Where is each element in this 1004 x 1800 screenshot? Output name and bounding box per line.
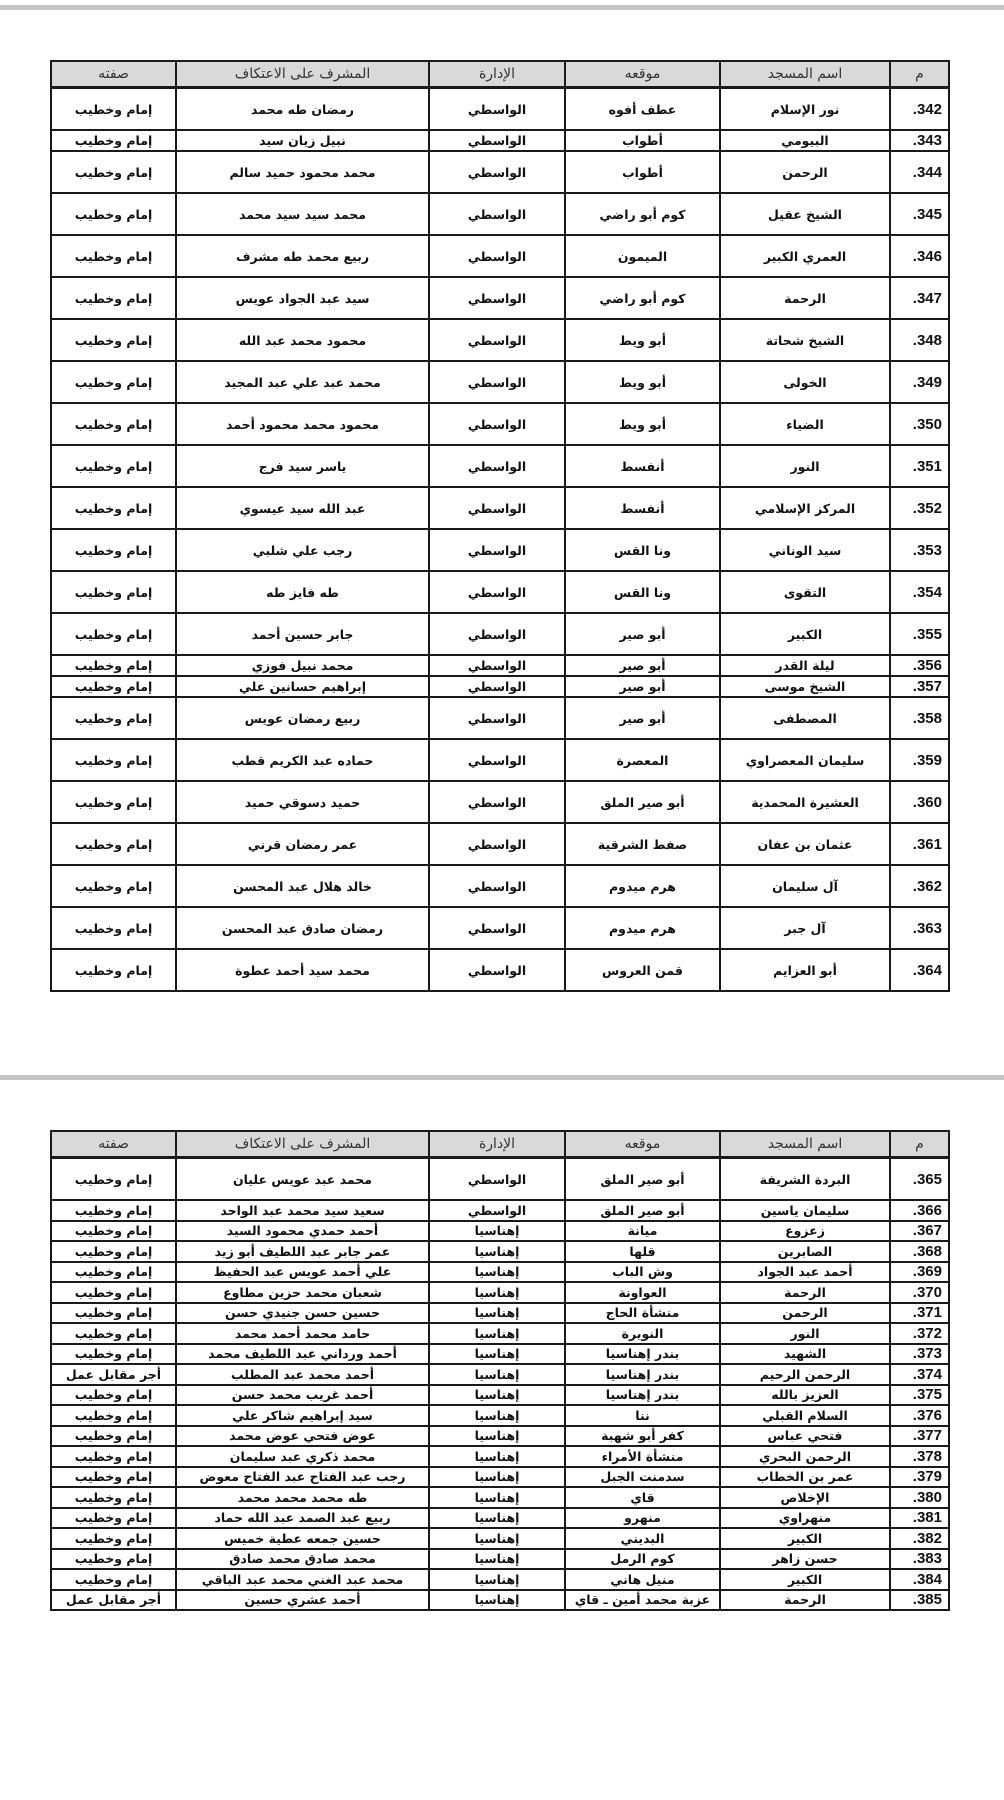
table-row: إمام وخطيبحامد محمد أحمد محمدإهناسياالنو… <box>51 1323 949 1344</box>
cell-supervisor: محمد صادق محمد صادق <box>176 1549 429 1570</box>
cell-administration: إهناسيا <box>429 1590 565 1611</box>
cell-mosque: الرحمة <box>720 1590 890 1611</box>
cell-administration: إهناسيا <box>429 1467 565 1488</box>
row-number: .362 <box>913 878 942 895</box>
cell-mosque: الشيخ شحاتة <box>720 319 890 361</box>
cell-role: إمام وخطيب <box>51 1405 176 1426</box>
cell-role: إمام وخطيب <box>51 1200 176 1221</box>
cell-supervisor: أحمد غريب محمد حسن <box>176 1385 429 1406</box>
row-number: .356 <box>913 657 942 674</box>
cell-num: .371 <box>890 1303 949 1324</box>
cell-role: إمام وخطيب <box>51 361 176 403</box>
cell-num: .380 <box>890 1487 949 1508</box>
cell-location: بندر إهناسيا <box>565 1364 720 1385</box>
cell-num: .352 <box>890 487 949 529</box>
cell-mosque: الكبير <box>720 1528 890 1549</box>
header-supervisor: المشرف على الاعتكاف <box>176 1131 429 1158</box>
table-row: إمام وخطيبسعيد سيد محمد عبد الواحدالواسط… <box>51 1200 949 1221</box>
row-number: .345 <box>913 206 942 223</box>
header-location: موقعه <box>565 61 720 88</box>
cell-location: أبو صير <box>565 676 720 697</box>
row-number: .367 <box>913 1222 942 1239</box>
row-number: .347 <box>913 290 942 307</box>
cell-administration: الواسطي <box>429 676 565 697</box>
cell-location: صفط الشرقية <box>565 823 720 865</box>
cell-role: إمام وخطيب <box>51 1528 176 1549</box>
table-row: إمام وخطيبسيد عبد الجواد عويسالواسطيكوم … <box>51 277 949 319</box>
cell-location: قلها <box>565 1241 720 1262</box>
cell-administration: الواسطي <box>429 571 565 613</box>
cell-supervisor: محمد عبد عويس عليان <box>176 1158 429 1201</box>
cell-num: .375 <box>890 1385 949 1406</box>
row-number: .366 <box>913 1202 942 1219</box>
cell-supervisor: جابر حسين أحمد <box>176 613 429 655</box>
cell-num: .383 <box>890 1549 949 1570</box>
cell-administration: الواسطي <box>429 655 565 676</box>
cell-supervisor: علي أحمد عويس عبد الحفيظ <box>176 1262 429 1283</box>
table-row: إمام وخطيبمحمد ذكري عبد سليمانإهناسيامنش… <box>51 1446 949 1467</box>
cell-mosque: الرحمة <box>720 1282 890 1303</box>
cell-num: .367 <box>890 1221 949 1242</box>
cell-mosque: الصابرين <box>720 1241 890 1262</box>
cell-supervisor: شعبان محمد حزين مطاوع <box>176 1282 429 1303</box>
cell-administration: إهناسيا <box>429 1241 565 1262</box>
cell-mosque: سيد الوناني <box>720 529 890 571</box>
cell-mosque: المصطفى <box>720 697 890 739</box>
cell-role: إمام وخطيب <box>51 949 176 991</box>
header-administration: الإدارة <box>429 61 565 88</box>
cell-num: .365 <box>890 1158 949 1201</box>
cell-administration: إهناسيا <box>429 1303 565 1324</box>
table-row: إمام وخطيبنبيل زيان سيدالواسطيأطوابالبيو… <box>51 130 949 151</box>
cell-role: إمام وخطيب <box>51 697 176 739</box>
cell-location: بندر إهناسيا <box>565 1385 720 1406</box>
table-row: إمام وخطيبرمضان صادق عبد المحسنالواسطيهر… <box>51 907 949 949</box>
table-row: إمام وخطيبحماده عبد الكريم قطبالواسطيالم… <box>51 739 949 781</box>
cell-supervisor: ربيع رمضان عويس <box>176 697 429 739</box>
table-row: إمام وخطيبعبد الله سيد عيسويالواسطيأنفسط… <box>51 487 949 529</box>
row-number: .342 <box>913 101 942 118</box>
cell-role: إمام وخطيب <box>51 529 176 571</box>
cell-location: قمن العروس <box>565 949 720 991</box>
row-number: .380 <box>913 1489 942 1506</box>
cell-role: إمام وخطيب <box>51 823 176 865</box>
cell-num: .354 <box>890 571 949 613</box>
cell-mosque: حسن زاهر <box>720 1549 890 1570</box>
cell-role: إمام وخطيب <box>51 1385 176 1406</box>
cell-mosque: الكبير <box>720 1569 890 1590</box>
table-header-row: صفته المشرف على الاعتكاف الإدارة موقعه ا… <box>51 1131 949 1158</box>
cell-num: .368 <box>890 1241 949 1262</box>
row-number: .357 <box>913 678 942 695</box>
row-number: .363 <box>913 920 942 937</box>
cell-mosque: النور <box>720 445 890 487</box>
cell-supervisor: أحمد ورداني عبد اللطيف محمد <box>176 1344 429 1365</box>
cell-num: .382 <box>890 1528 949 1549</box>
cell-num: .346 <box>890 235 949 277</box>
cell-administration: الواسطي <box>429 130 565 151</box>
cell-role: إمام وخطيب <box>51 1569 176 1590</box>
cell-mosque: ليلة القدر <box>720 655 890 676</box>
cell-role: إمام وخطيب <box>51 1487 176 1508</box>
row-number: .376 <box>913 1407 942 1424</box>
cell-administration: إهناسيا <box>429 1528 565 1549</box>
cell-role: إمام وخطيب <box>51 781 176 823</box>
cell-mosque: الشيخ موسى <box>720 676 890 697</box>
table-row: أجر مقابل عملأحمد محمد عبد المطلبإهناسيا… <box>51 1364 949 1385</box>
cell-supervisor: طه فايز طه <box>176 571 429 613</box>
cell-num: .385 <box>890 1590 949 1611</box>
table-row: إمام وخطيبحسين جمعه عطية خميسإهناسياالبد… <box>51 1528 949 1549</box>
cell-supervisor: عمر رمضان قرني <box>176 823 429 865</box>
cell-mosque: عثمان بن عفان <box>720 823 890 865</box>
cell-location: هرم ميدوم <box>565 907 720 949</box>
cell-role: إمام وخطيب <box>51 1426 176 1447</box>
cell-location: هرم ميدوم <box>565 865 720 907</box>
table-row: إمام وخطيبياسر سيد فرجالواسطيأنفسطالنور.… <box>51 445 949 487</box>
header-role: صفته <box>51 1131 176 1158</box>
cell-mosque: البردة الشريفة <box>720 1158 890 1201</box>
cell-num: .355 <box>890 613 949 655</box>
cell-mosque: الرحمن البحري <box>720 1446 890 1467</box>
cell-mosque: عمر بن الخطاب <box>720 1467 890 1488</box>
cell-location: المعصرة <box>565 739 720 781</box>
cell-supervisor: سيد عبد الجواد عويس <box>176 277 429 319</box>
row-number: .350 <box>913 416 942 433</box>
cell-administration: إهناسيا <box>429 1446 565 1467</box>
cell-location: أبو صير الملق <box>565 1200 720 1221</box>
cell-supervisor: سعيد سيد محمد عبد الواحد <box>176 1200 429 1221</box>
cell-role: إمام وخطيب <box>51 865 176 907</box>
cell-administration: الواسطي <box>429 781 565 823</box>
cell-role: إمام وخطيب <box>51 403 176 445</box>
cell-location: الميمون <box>565 235 720 277</box>
table-row: إمام وخطيبطه فايز طهالواسطيونا القسالتقو… <box>51 571 949 613</box>
cell-num: .374 <box>890 1364 949 1385</box>
cell-role: إمام وخطيب <box>51 1158 176 1201</box>
cell-administration: الواسطي <box>429 319 565 361</box>
cell-administration: إهناسيا <box>429 1487 565 1508</box>
cell-mosque: الشهيد <box>720 1344 890 1365</box>
cell-role: إمام وخطيب <box>51 1282 176 1303</box>
cell-mosque: نور الإسلام <box>720 88 890 131</box>
cell-administration: إهناسيا <box>429 1549 565 1570</box>
row-number: .364 <box>913 962 942 979</box>
cell-role: إمام وخطيب <box>51 487 176 529</box>
cell-num: .361 <box>890 823 949 865</box>
cell-supervisor: محمد نبيل فوزي <box>176 655 429 676</box>
cell-administration: إهناسيا <box>429 1426 565 1447</box>
cell-location: كوم أبو راضي <box>565 193 720 235</box>
cell-role: إمام وخطيب <box>51 655 176 676</box>
cell-mosque: آل سليمان <box>720 865 890 907</box>
cell-num: .351 <box>890 445 949 487</box>
cell-location: عزبة محمد أمين ـ قاي <box>565 1590 720 1611</box>
page-divider <box>0 1075 1004 1080</box>
row-number: .349 <box>913 374 942 391</box>
cell-supervisor: محمد عبد علي عبد المجيد <box>176 361 429 403</box>
cell-role: إمام وخطيب <box>51 1344 176 1365</box>
table-row: إمام وخطيبمحمود محمد عبد اللهالواسطيأبو … <box>51 319 949 361</box>
cell-supervisor: خالد هلال عبد المحسن <box>176 865 429 907</box>
cell-location: سدمنت الجبل <box>565 1467 720 1488</box>
cell-mosque: المركز الإسلامي <box>720 487 890 529</box>
cell-location: أبو صير <box>565 697 720 739</box>
cell-supervisor: محمد محمود حميد سالم <box>176 151 429 193</box>
row-number: .358 <box>913 710 942 727</box>
cell-mosque: الرحمة <box>720 277 890 319</box>
cell-num: .366 <box>890 1200 949 1221</box>
row-number: .359 <box>913 752 942 769</box>
cell-supervisor: رمضان صادق عبد المحسن <box>176 907 429 949</box>
cell-num: .378 <box>890 1446 949 1467</box>
table-row: إمام وخطيبرجب علي شلبيالواسطيونا القسسيد… <box>51 529 949 571</box>
table-row: إمام وخطيبرمضان طه محمدالواسطيعطف أفوهنو… <box>51 88 949 131</box>
cell-location: كوم الرمل <box>565 1549 720 1570</box>
cell-num: .376 <box>890 1405 949 1426</box>
table-row: إمام وخطيبأحمد غريب محمد حسنإهناسيابندر … <box>51 1385 949 1406</box>
row-number: .382 <box>913 1530 942 1547</box>
cell-location: منشأة الحاج <box>565 1303 720 1324</box>
row-number: .348 <box>913 332 942 349</box>
table-body: إمام وخطيبمحمد عبد عويس عليانالواسطيأبو … <box>51 1158 949 1611</box>
cell-location: العواونة <box>565 1282 720 1303</box>
table-row: إمام وخطيبمحمد عبد عويس عليانالواسطيأبو … <box>51 1158 949 1201</box>
cell-num: .344 <box>890 151 949 193</box>
cell-administration: إهناسيا <box>429 1405 565 1426</box>
cell-location: أبو ويط <box>565 403 720 445</box>
cell-administration: الواسطي <box>429 823 565 865</box>
row-number: .379 <box>913 1468 942 1485</box>
cell-supervisor: محمود محمد محمود أحمد <box>176 403 429 445</box>
cell-num: .373 <box>890 1344 949 1365</box>
cell-num: .363 <box>890 907 949 949</box>
cell-num: .359 <box>890 739 949 781</box>
header-location: موقعه <box>565 1131 720 1158</box>
cell-mosque: أبو العزايم <box>720 949 890 991</box>
cell-mosque: البيومي <box>720 130 890 151</box>
table-row: إمام وخطيبعمر جابر عبد اللطيف أبو زيدإهن… <box>51 1241 949 1262</box>
cell-num: .342 <box>890 88 949 131</box>
cell-role: إمام وخطيب <box>51 613 176 655</box>
cell-num: .360 <box>890 781 949 823</box>
cell-num: .364 <box>890 949 949 991</box>
cell-location: عطف أفوه <box>565 88 720 131</box>
row-number: .368 <box>913 1243 942 1260</box>
table-row: إمام وخطيبمحمد محمود حميد سالمالواسطيأطو… <box>51 151 949 193</box>
cell-location: أبو صير الملق <box>565 1158 720 1201</box>
cell-role: إمام وخطيب <box>51 193 176 235</box>
table-row: إمام وخطيبرجب عبد الفتاح عبد الفتاح معوض… <box>51 1467 949 1488</box>
row-number: .354 <box>913 584 942 601</box>
row-number: .344 <box>913 164 942 181</box>
cell-mosque: الكبير <box>720 613 890 655</box>
cell-supervisor: محمد ذكري عبد سليمان <box>176 1446 429 1467</box>
cell-mosque: الشيخ عقيل <box>720 193 890 235</box>
cell-num: .377 <box>890 1426 949 1447</box>
row-number: .346 <box>913 248 942 265</box>
cell-mosque: سليمان المعصراوي <box>720 739 890 781</box>
header-mosque: اسم المسجد <box>720 1131 890 1158</box>
cell-role: أجر مقابل عمل <box>51 1590 176 1611</box>
cell-supervisor: محمود محمد عبد الله <box>176 319 429 361</box>
cell-administration: إهناسيا <box>429 1221 565 1242</box>
row-number: .378 <box>913 1448 942 1465</box>
cell-supervisor: حماده عبد الكريم قطب <box>176 739 429 781</box>
table-row: إمام وخطيبعلي أحمد عويس عبد الحفيظإهناسي… <box>51 1262 949 1283</box>
cell-administration: الواسطي <box>429 1200 565 1221</box>
cell-role: إمام وخطيب <box>51 1262 176 1283</box>
cell-role: إمام وخطيب <box>51 1467 176 1488</box>
header-supervisor: المشرف على الاعتكاف <box>176 61 429 88</box>
cell-mosque: السلام القبلي <box>720 1405 890 1426</box>
cell-supervisor: عمر جابر عبد اللطيف أبو زيد <box>176 1241 429 1262</box>
cell-administration: الواسطي <box>429 697 565 739</box>
cell-role: إمام وخطيب <box>51 1323 176 1344</box>
cell-mosque: التقوى <box>720 571 890 613</box>
cell-num: .370 <box>890 1282 949 1303</box>
cell-num: .362 <box>890 865 949 907</box>
table-row: إمام وخطيبإبراهيم حسانين عليالواسطيأبو ص… <box>51 676 949 697</box>
cell-supervisor: رجب عبد الفتاح عبد الفتاح معوض <box>176 1467 429 1488</box>
row-number: .371 <box>913 1304 942 1321</box>
row-number: .381 <box>913 1509 942 1526</box>
cell-supervisor: نبيل زيان سيد <box>176 130 429 151</box>
cell-role: إمام وخطيب <box>51 235 176 277</box>
table-row: إمام وخطيبمحمد سيد سيد محمدالواسطيكوم أب… <box>51 193 949 235</box>
top-divider <box>0 5 1004 10</box>
table-row: إمام وخطيبمحمد عبد الغني محمد عبد الباقي… <box>51 1569 949 1590</box>
cell-supervisor: رمضان طه محمد <box>176 88 429 131</box>
cell-mosque: الرحمن <box>720 151 890 193</box>
cell-supervisor: محمد سيد سيد محمد <box>176 193 429 235</box>
mosque-table-1: صفته المشرف على الاعتكاف الإدارة موقعه ا… <box>50 60 950 992</box>
cell-supervisor: ربيع محمد طه مشرف <box>176 235 429 277</box>
cell-role: أجر مقابل عمل <box>51 1364 176 1385</box>
header-role: صفته <box>51 61 176 88</box>
cell-administration: إهناسيا <box>429 1323 565 1344</box>
cell-role: إمام وخطيب <box>51 739 176 781</box>
table-row: إمام وخطيبمحمد نبيل فوزيالواسطيأبو صيرلي… <box>51 655 949 676</box>
cell-num: .369 <box>890 1262 949 1283</box>
table-row: إمام وخطيبطه محمد محمد محمدإهناسياقايالإ… <box>51 1487 949 1508</box>
row-number: .353 <box>913 542 942 559</box>
cell-location: ميانة <box>565 1221 720 1242</box>
row-number: .372 <box>913 1325 942 1342</box>
table-row: إمام وخطيبمحمد صادق محمد صادقإهناسياكوم … <box>51 1549 949 1570</box>
cell-administration: الواسطي <box>429 739 565 781</box>
cell-mosque: منهراوي <box>720 1508 890 1529</box>
table-row: إمام وخطيبجابر حسين أحمدالواسطيأبو صيرال… <box>51 613 949 655</box>
cell-location: كفر أبو شهبة <box>565 1426 720 1447</box>
cell-location: أبو صير <box>565 613 720 655</box>
cell-num: .347 <box>890 277 949 319</box>
row-number: .385 <box>913 1591 942 1608</box>
cell-role: إمام وخطيب <box>51 130 176 151</box>
table-row: إمام وخطيبشعبان محمد حزين مطاوعإهناسياال… <box>51 1282 949 1303</box>
header-mosque: اسم المسجد <box>720 61 890 88</box>
cell-location: أبو ويط <box>565 319 720 361</box>
cell-mosque: الرحمن الرحيم <box>720 1364 890 1385</box>
cell-supervisor: حسين حسن جنيدي حسن <box>176 1303 429 1324</box>
cell-administration: إهناسيا <box>429 1262 565 1283</box>
row-number: .343 <box>913 132 942 149</box>
row-number: .352 <box>913 500 942 517</box>
cell-administration: الواسطي <box>429 235 565 277</box>
cell-mosque: زعزوع <box>720 1221 890 1242</box>
cell-location: منيل هاني <box>565 1569 720 1590</box>
table-row: إمام وخطيبحسين حسن جنيدي حسنإهناسيامنشأة… <box>51 1303 949 1324</box>
cell-supervisor: إبراهيم حسانين علي <box>176 676 429 697</box>
cell-role: إمام وخطيب <box>51 1446 176 1467</box>
table-row: إمام وخطيبحميد دسوقي حميدالواسطيأبو صير … <box>51 781 949 823</box>
cell-administration: إهناسيا <box>429 1282 565 1303</box>
cell-role: إمام وخطيب <box>51 151 176 193</box>
cell-location: النويرة <box>565 1323 720 1344</box>
cell-administration: إهناسيا <box>429 1385 565 1406</box>
mosque-table-2: صفته المشرف على الاعتكاف الإدارة موقعه ا… <box>50 1130 950 1611</box>
cell-location: أبو ويط <box>565 361 720 403</box>
row-number: .383 <box>913 1550 942 1567</box>
cell-administration: الواسطي <box>429 403 565 445</box>
row-number: .351 <box>913 458 942 475</box>
table-body: إمام وخطيبرمضان طه محمدالواسطيعطف أفوهنو… <box>51 88 949 992</box>
cell-role: إمام وخطيب <box>51 1221 176 1242</box>
cell-mosque: الضياء <box>720 403 890 445</box>
cell-administration: الواسطي <box>429 361 565 403</box>
cell-administration: الواسطي <box>429 613 565 655</box>
row-number: .365 <box>913 1171 942 1188</box>
cell-location: البديني <box>565 1528 720 1549</box>
cell-administration: إهناسيا <box>429 1508 565 1529</box>
cell-administration: الواسطي <box>429 865 565 907</box>
cell-mosque: أحمد عبد الجواد <box>720 1262 890 1283</box>
cell-location: كوم أبو راضي <box>565 277 720 319</box>
cell-num: .353 <box>890 529 949 571</box>
cell-num: .384 <box>890 1569 949 1590</box>
cell-role: إمام وخطيب <box>51 1549 176 1570</box>
row-number: .369 <box>913 1263 942 1280</box>
row-number: .377 <box>913 1427 942 1444</box>
table-row: إمام وخطيبأحمد ورداني عبد اللطيف محمدإهن… <box>51 1344 949 1365</box>
cell-location: وش الباب <box>565 1262 720 1283</box>
cell-location: ونا القس <box>565 529 720 571</box>
table-header-row: صفته المشرف على الاعتكاف الإدارة موقعه ا… <box>51 61 949 88</box>
cell-mosque: سليمان ياسين <box>720 1200 890 1221</box>
table-row: إمام وخطيبعمر رمضان قرنيالواسطيصفط الشرق… <box>51 823 949 865</box>
table-row: إمام وخطيبربيع عبد الصمد عبد الله حمادإه… <box>51 1508 949 1529</box>
cell-supervisor: عوض فتحي عوض محمد <box>176 1426 429 1447</box>
cell-mosque: الرحمن <box>720 1303 890 1324</box>
table-row: إمام وخطيبأحمد حمدي محمود السيدإهناسيامي… <box>51 1221 949 1242</box>
cell-role: إمام وخطيب <box>51 319 176 361</box>
cell-mosque: آل جبر <box>720 907 890 949</box>
cell-role: إمام وخطيب <box>51 676 176 697</box>
cell-administration: الواسطي <box>429 277 565 319</box>
table-row: إمام وخطيبخالد هلال عبد المحسنالواسطيهرم… <box>51 865 949 907</box>
row-number: .374 <box>913 1366 942 1383</box>
cell-location: منهرو <box>565 1508 720 1529</box>
cell-location: أبو صير الملق <box>565 781 720 823</box>
cell-administration: الواسطي <box>429 1158 565 1201</box>
cell-mosque: العمري الكبير <box>720 235 890 277</box>
table-row: إمام وخطيبربيع محمد طه مشرفالواسطيالميمو… <box>51 235 949 277</box>
cell-num: .349 <box>890 361 949 403</box>
cell-num: .356 <box>890 655 949 676</box>
cell-role: إمام وخطيب <box>51 1303 176 1324</box>
row-number: .375 <box>913 1386 942 1403</box>
cell-supervisor: محمد سيد أحمد عطوة <box>176 949 429 991</box>
